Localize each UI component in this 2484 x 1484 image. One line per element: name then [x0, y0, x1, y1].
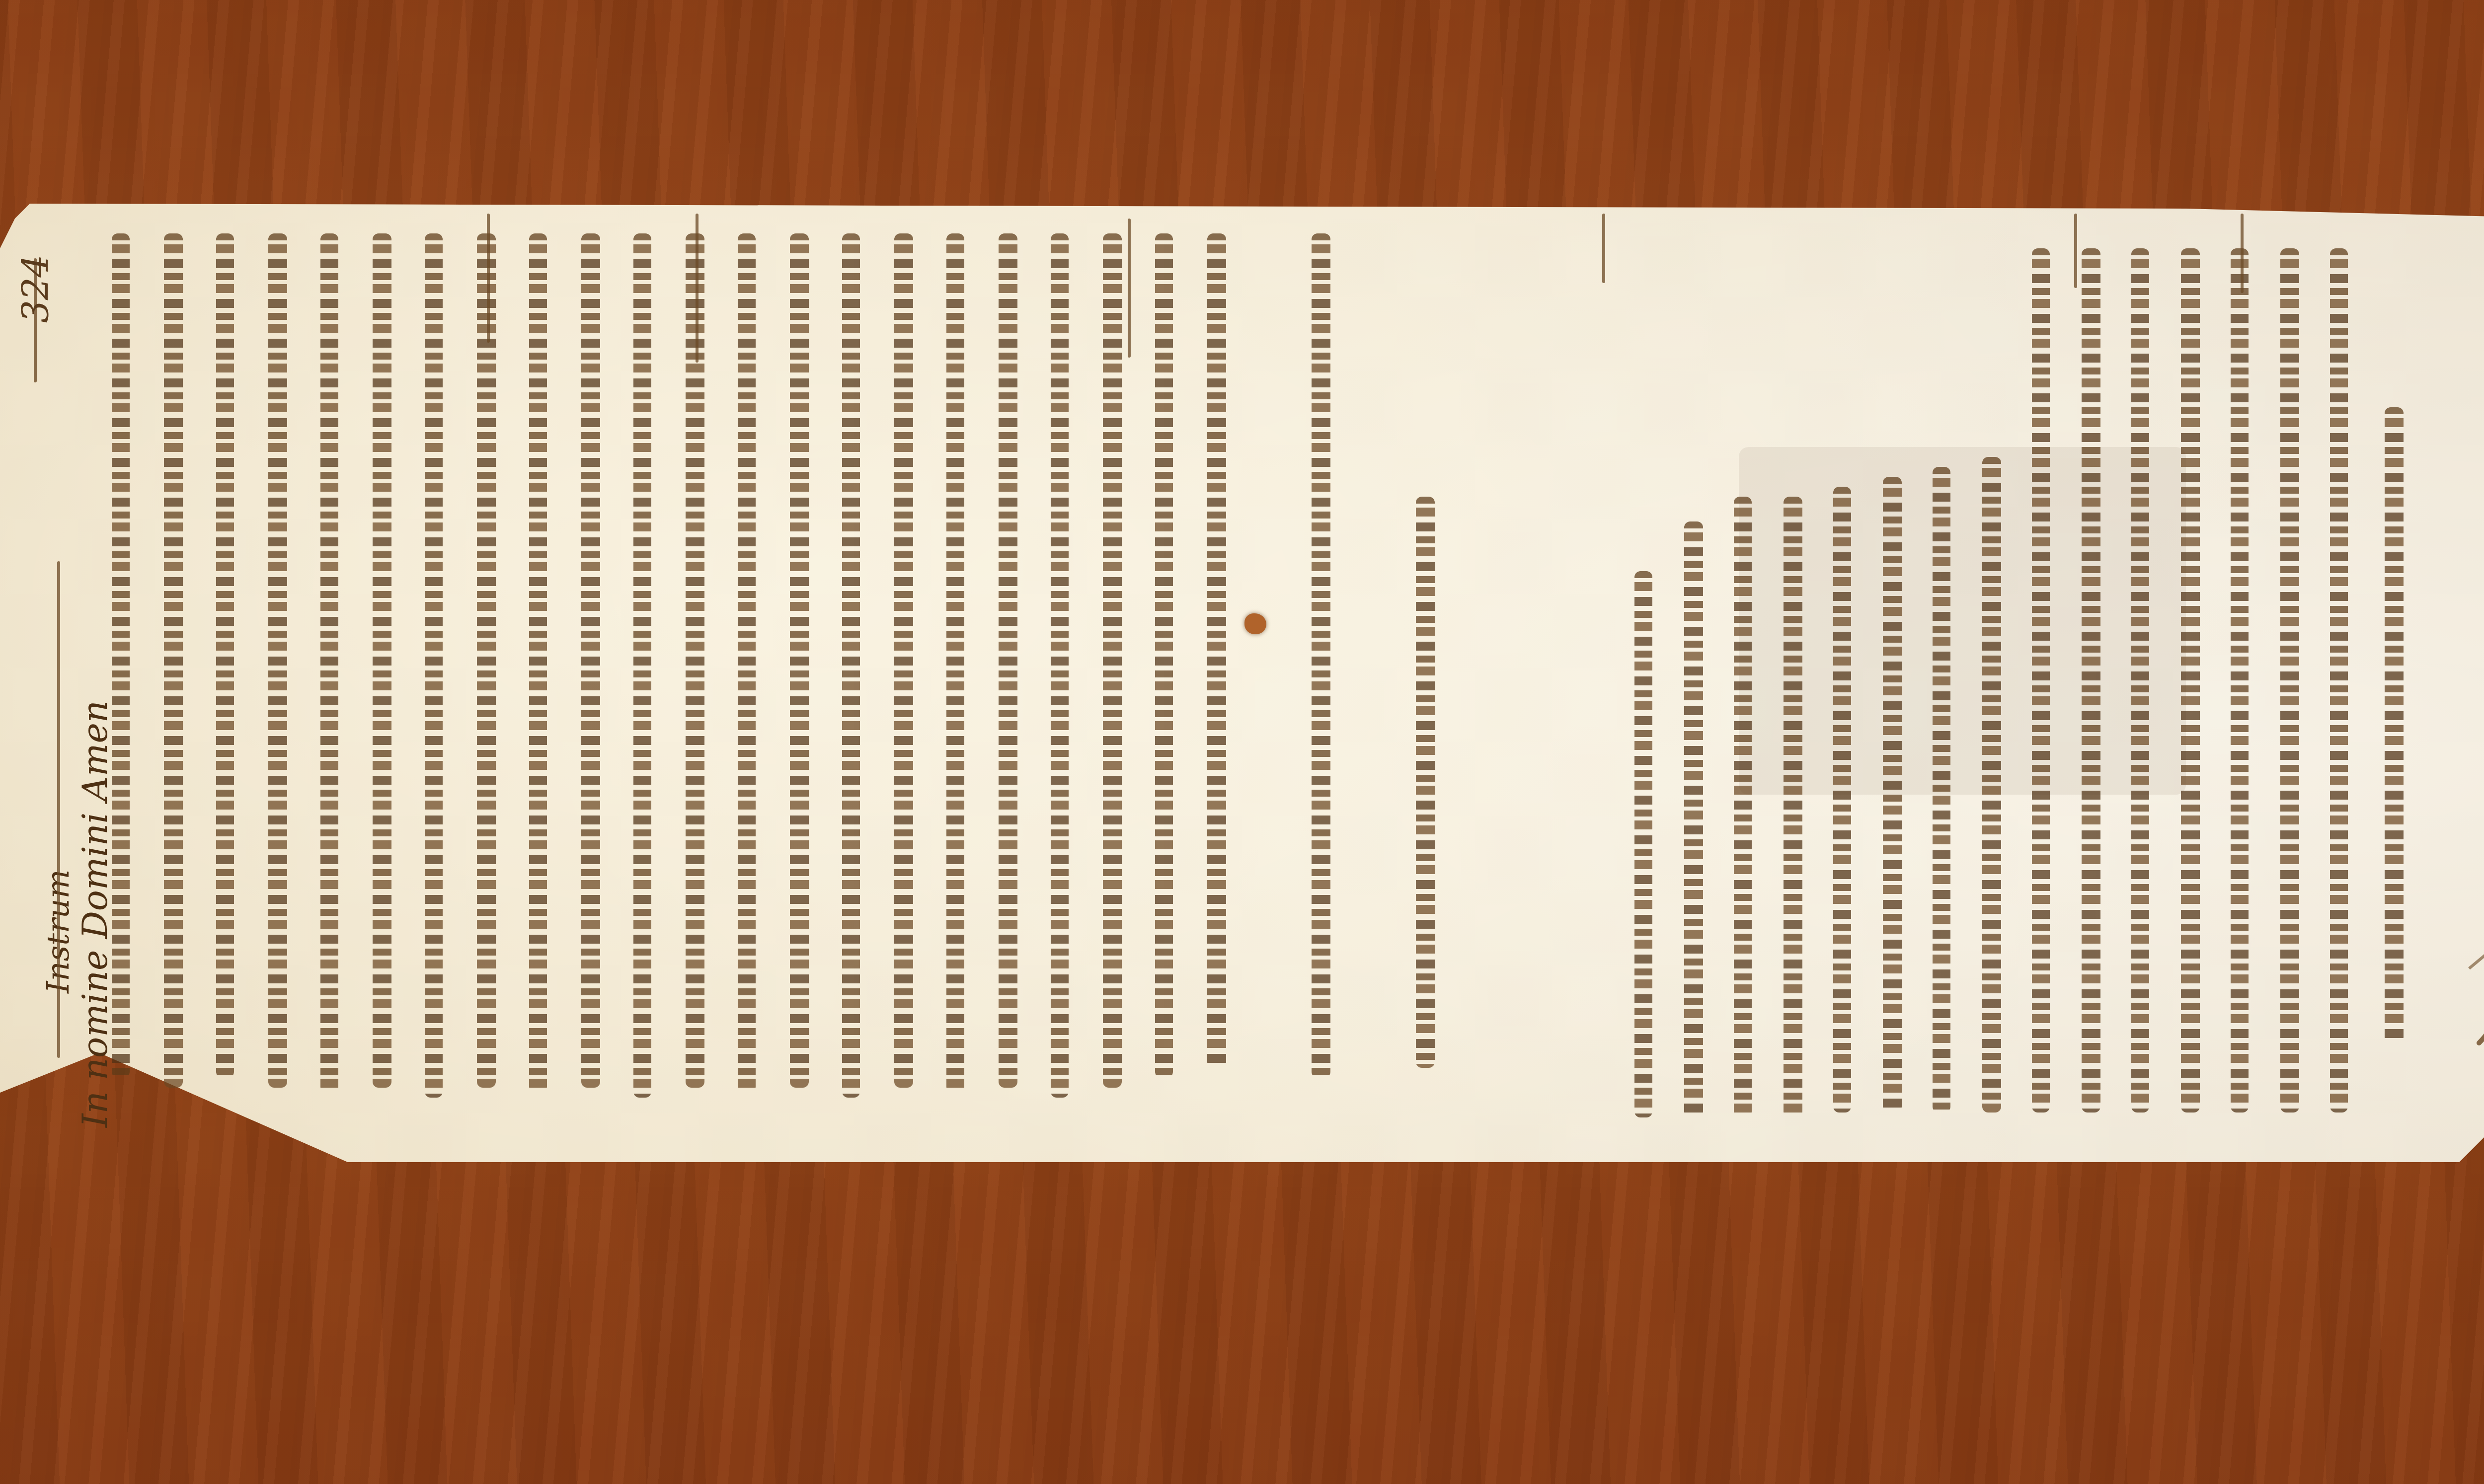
text-line: [2032, 248, 2050, 1113]
text-line: [2181, 248, 2200, 1113]
text-line: [2131, 248, 2149, 1113]
text-line: [633, 233, 651, 1098]
line-rule: [2241, 214, 2244, 293]
text-line: [1103, 233, 1122, 1088]
left-margin-rule: [57, 561, 60, 1058]
text-line: [1312, 233, 1330, 1078]
text-line: [1155, 233, 1173, 1078]
text-line: [2280, 248, 2299, 1113]
text-line: [1883, 477, 1902, 1113]
line-rule: [487, 214, 490, 343]
line-rule: [1602, 214, 1605, 283]
text-line: [581, 233, 600, 1088]
text-line: [1207, 233, 1226, 1068]
text-line: [1634, 571, 1652, 1117]
text-line: [164, 233, 183, 1088]
text-line: [216, 233, 234, 1078]
line-rule: [696, 214, 699, 363]
text-line: [842, 233, 860, 1098]
text-line: [112, 233, 130, 1078]
text-line: [686, 233, 704, 1088]
text-line: [999, 233, 1017, 1088]
text-line: [738, 233, 756, 1093]
text-line: [1833, 487, 1851, 1113]
text-line: [529, 233, 547, 1093]
line-rule: [1128, 219, 1131, 358]
text-line: [1933, 467, 1950, 1113]
text-line: [425, 233, 443, 1098]
paper-hole: [1244, 613, 1266, 634]
text-line: [1784, 497, 1802, 1117]
text-line: [946, 233, 964, 1093]
text-line: [894, 233, 913, 1088]
manuscript-leaf: 324 In nomine Domini Amen Instrum: [0, 0, 2484, 1484]
text-line: [1416, 497, 1435, 1068]
text-line: [1734, 497, 1752, 1117]
bleed-through-stain: [1739, 447, 2186, 795]
text-line: [373, 233, 391, 1088]
page-number: 324: [15, 255, 57, 323]
text-line: [320, 233, 338, 1093]
line-rule: [2074, 214, 2077, 288]
text-line: [477, 233, 496, 1088]
text-line: [2082, 248, 2100, 1113]
text-line: [2231, 248, 2249, 1113]
text-line: [2385, 407, 2404, 1043]
text-line: [790, 233, 809, 1088]
text-line: [1051, 233, 1069, 1098]
text-line: [268, 233, 287, 1088]
heading-invocation: In nomine Domini Amen: [75, 581, 115, 1127]
signature-flourish-icon: [2459, 745, 2484, 1093]
text-line: [2330, 248, 2348, 1113]
text-line: [1982, 457, 2001, 1113]
text-line: [1684, 521, 1703, 1117]
